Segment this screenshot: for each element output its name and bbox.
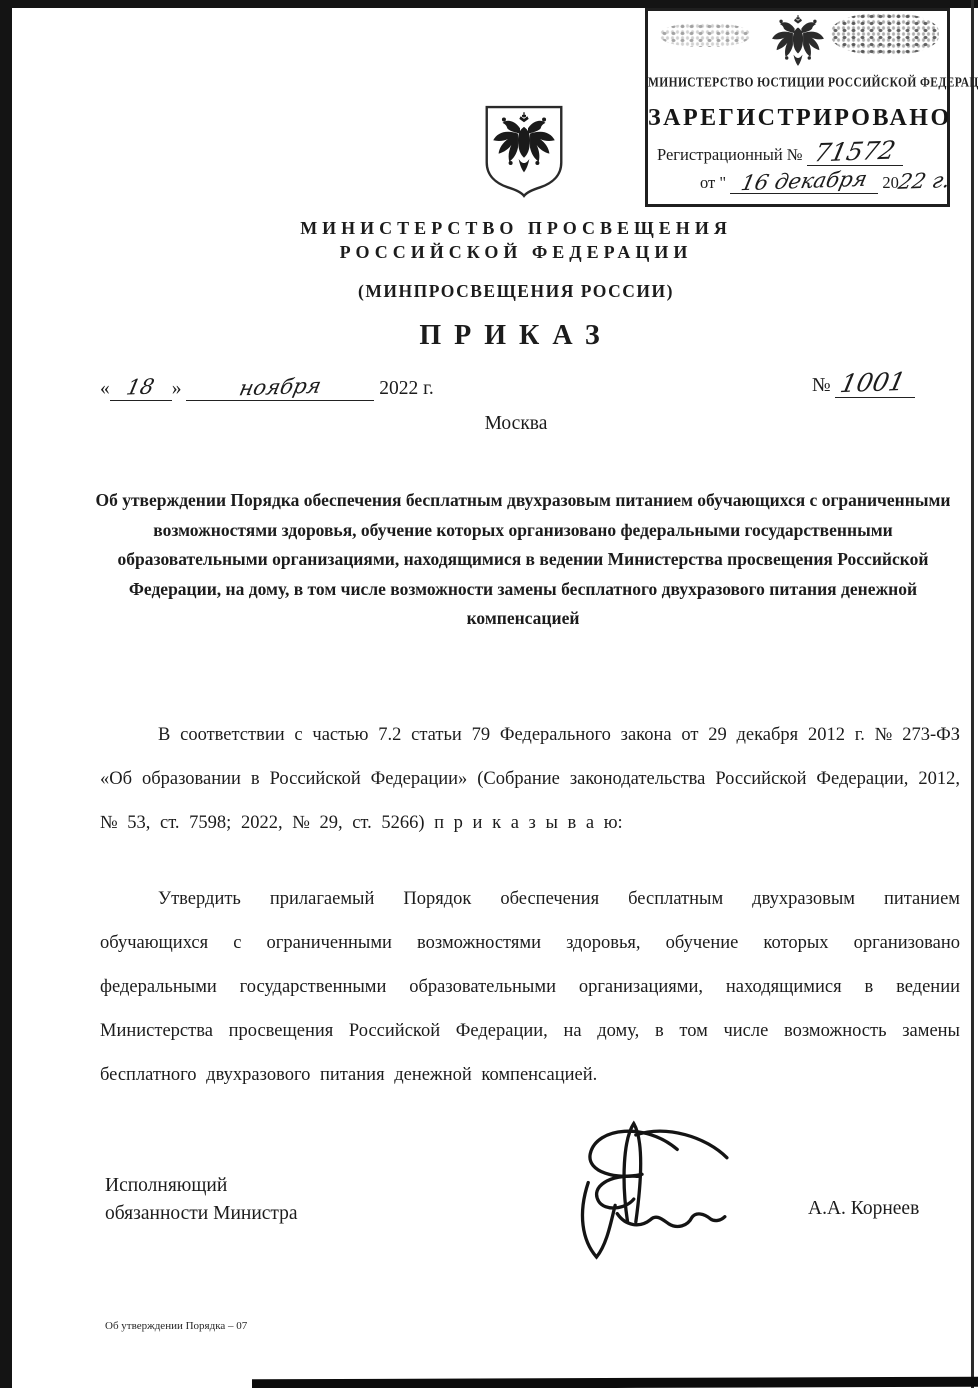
scan-border-top [0,0,978,8]
ministry-header: МИНИСТЕРСТВО ПРОСВЕЩЕНИЯ РОССИЙСКОЙ ФЕДЕ… [56,216,976,302]
order-subject: Об утверждении Порядка обеспечения беспл… [92,486,954,634]
ministry-short-name: (МИНПРОСВЕЩЕНИЯ РОССИИ) [56,281,976,302]
order-number-handwritten: 1001 [839,373,907,393]
scanned-order-page: МИНИСТЕРСТВО ЮСТИЦИИ РОССИЙСКОЙ ФЕДЕРАЦИ… [0,0,978,1388]
ministry-name-line1: МИНИСТЕРСТВО ПРОСВЕЩЕНИЯ [56,216,976,240]
order-number-slot: 1001 [835,374,915,398]
scan-border-right [971,0,974,1388]
coat-of-arms-emblem [481,103,567,199]
document-type-title: ПРИКАЗ [56,320,976,352]
date-line: «18» ноября 2022 г. [100,378,434,401]
signer-position: Исполняющий обязанности Министра [105,1172,298,1228]
year-printed: 2022 г. [379,378,434,399]
body-paragraph-resolution: Утвердить прилагаемый Порядок обеспечени… [100,877,960,1097]
stamp-registered-label: ЗАРЕГИСТРИРОВАНО [648,105,947,132]
stamp-year-handwritten: 22 г. [897,172,952,190]
stamp-smudge-right [831,13,939,55]
handwritten-signature [522,1118,760,1274]
stamp-reg-number-handwritten: 71572 [813,142,897,163]
stamp-registration-number-line: Регистрационный № 71572 [657,143,941,166]
day-handwritten: 18 [126,379,156,396]
date-and-number-row: «18» ноября 2022 г. № 1001 [100,372,960,416]
stamp-reg-number-slot: 71572 [807,143,903,166]
stamp-reg-label: Регистрационный № [657,145,803,164]
quote-close: » [172,378,182,399]
month-handwritten: ноября [238,378,323,397]
stamp-eagle-icon [769,14,827,76]
scan-bottom-smudge-bar [252,1377,978,1388]
stamp-date-prefix: от " [700,173,726,192]
ministry-name-line2: РОССИЙСКОЙ ФЕДЕРАЦИИ [56,240,976,264]
footer-reference-note: Об утверждении Порядка – 07 [105,1320,247,1332]
stamp-agency-name: МИНИСТЕРСТВО ЮСТИЦИИ РОССИЙСКОЙ ФЕДЕРАЦИ… [648,76,947,90]
signer-name: А.А. Корнеев [808,1198,919,1220]
signer-position-line2: обязанности Министра [105,1200,298,1228]
stamp-registration-date-line: от " 16 декабря 2022 г. [700,173,941,194]
body-paragraph-legal-basis: В соответствии с частью 7.2 статьи 79 Фе… [100,713,960,845]
number-sign-label: № [812,375,831,396]
stamp-date-handwritten: 16 декабря [740,171,869,191]
order-number-line: № 1001 [812,374,915,398]
stamp-date-slot: 16 декабря [730,173,878,194]
signer-position-line1: Исполняющий [105,1172,298,1200]
month-slot: ноября [186,378,374,401]
city-line: Москва [56,413,976,435]
quote-open: « [100,378,110,399]
stamp-smudge-left [660,23,750,47]
justice-registration-stamp: МИНИСТЕРСТВО ЮСТИЦИИ РОССИЙСКОЙ ФЕДЕРАЦИ… [645,8,950,207]
scan-border-left [0,0,12,1388]
day-slot: 18 [110,378,172,401]
